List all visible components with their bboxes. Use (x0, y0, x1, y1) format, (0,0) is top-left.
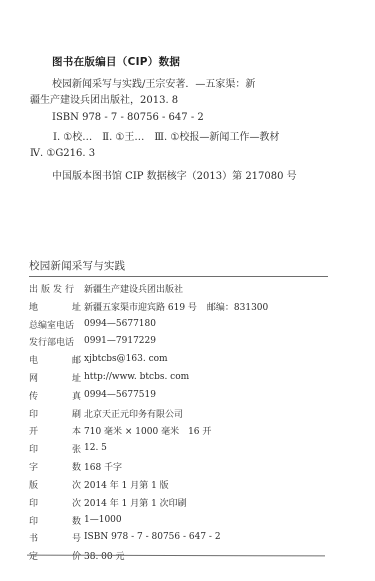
row-value: xjbtcbs@163. com (84, 354, 168, 364)
row-label-part: 张 (72, 442, 81, 455)
row-label-part: 印 (29, 496, 38, 509)
top-divider (29, 276, 328, 277)
row-label: 字数 (29, 460, 81, 473)
row-label: 版次 (29, 478, 81, 491)
row-label-part: 址 (72, 371, 81, 384)
row-label-part: 号 (72, 531, 81, 544)
colophon-row: 开本710 毫米 × 1000 毫米 16 开 (29, 423, 211, 437)
row-value: 0994—5677180 (84, 319, 156, 329)
row-label-part: 地 (29, 300, 38, 313)
row-label: 书号 (29, 531, 81, 544)
cip-line: 校园新闻采写与实践/王宗安著．—五家渠：新 (52, 78, 255, 91)
row-value: ISBN 978 - 7 - 80756 - 647 - 2 (84, 532, 221, 542)
colophon-row: 字数168 千字 (29, 459, 122, 473)
row-label-part: 印 (29, 514, 38, 527)
row-label: 网址 (29, 371, 81, 384)
row-label: 传真 (29, 389, 81, 402)
row-value: 1—1000 (84, 515, 122, 525)
cip-isbn-line: ISBN 978 - 7 - 80756 - 647 - 2 (52, 111, 204, 124)
colophon-row: 发行部电话0991—7917229 (29, 334, 156, 348)
row-value: 168 千字 (84, 460, 122, 473)
postal-code: 邮编：831300 (207, 300, 268, 313)
row-label: 印数 (29, 514, 81, 527)
row-label-part: 次 (72, 478, 81, 491)
row-label: 出版发行 (29, 282, 81, 295)
row-label: 开本 (29, 424, 81, 437)
colophon-row: 印次2014 年 1 月第 1 次印刷 (29, 495, 187, 509)
colophon-row: 版次2014 年 1 月第 1 版 (29, 477, 169, 491)
row-label: 印次 (29, 496, 81, 509)
row-label-part: 传 (29, 389, 38, 402)
row-label-part: 网 (29, 371, 38, 384)
row-value: 新疆五家渠市迎宾路 619 号 (84, 300, 197, 313)
colophon-row: 书号ISBN 978 - 7 - 80756 - 647 - 2 (29, 530, 221, 544)
row-label: 发行部电话 (29, 335, 81, 348)
row-label: 电邮 (29, 353, 81, 366)
row-label-part: 印 (29, 407, 38, 420)
colophon-row: 出版发行新疆生产建设兵团出版社 (29, 281, 183, 295)
row-label-part: 版 (29, 478, 38, 491)
cip-classification-line: Ⅰ. ①校… Ⅱ. ①王… Ⅲ. ①校报—新闻工作—教材 (53, 131, 279, 144)
row-label-part: 数 (72, 460, 81, 473)
row-label-part: 字 (29, 460, 38, 473)
row-value: 0991—7917229 (84, 336, 156, 346)
row-label-part: 电 (29, 353, 38, 366)
row-value: 710 毫米 × 1000 毫米 16 开 (84, 424, 211, 437)
row-label-part: 书 (29, 531, 38, 544)
row-label: 印刷 (29, 407, 81, 420)
row-label-part: 真 (72, 389, 81, 402)
row-value: http://www. btcbs. com (84, 372, 189, 382)
cip-line: 疆生产建设兵团出版社，2013. 8 (30, 94, 178, 107)
colophon-row: 网址http://www. btcbs. com (29, 370, 189, 384)
row-value: 2014 年 1 月第 1 版 (84, 478, 169, 491)
colophon-row: 地址新疆五家渠市迎宾路 619 号邮编：831300 (29, 299, 268, 313)
colophon-book-title: 校园新闻采写与实践 (29, 258, 125, 273)
row-value: 2014 年 1 月第 1 次印刷 (84, 496, 187, 509)
row-label-part: 发行部电话 (29, 335, 74, 348)
cip-heading: 图书在版编目（CIP）数据 (52, 54, 180, 69)
colophon-row: 传真0994—5677519 (29, 388, 156, 402)
colophon-row: 印数1—1000 (29, 513, 122, 527)
colophon-row: 印张12. 5 (29, 441, 107, 455)
row-label-part: 次 (72, 496, 81, 509)
row-label-part: 印 (29, 442, 38, 455)
row-value: 12. 5 (84, 443, 107, 453)
cip-classification-line: Ⅳ. ①G216. 3 (30, 147, 95, 160)
row-label-part: 本 (72, 424, 81, 437)
row-value: 0994—5677519 (84, 390, 156, 400)
row-label-part: 址 (72, 300, 81, 313)
row-label-part: 开 (29, 424, 38, 437)
row-value: 北京天正元印务有限公司 (84, 407, 183, 420)
row-label: 总编室电话 (29, 318, 81, 331)
row-label-part: 数 (72, 514, 81, 527)
cip-record-number: 中国版本图书馆 CIP 数据核字（2013）第 217080 号 (52, 170, 297, 183)
row-value: 新疆生产建设兵团出版社 (84, 282, 183, 295)
row-label-part: 邮 (72, 353, 81, 366)
row-label-part: 出版发行 (29, 282, 77, 295)
row-label-part: 刷 (72, 407, 81, 420)
row-label-part: 总编室电话 (29, 318, 74, 331)
row-label: 地址 (29, 300, 81, 313)
colophon-row: 电邮xjbtcbs@163. com (29, 352, 168, 366)
colophon-row: 总编室电话0994—5677180 (29, 317, 156, 331)
row-label: 印张 (29, 442, 81, 455)
colophon-row: 印刷北京天正元印务有限公司 (29, 406, 183, 420)
